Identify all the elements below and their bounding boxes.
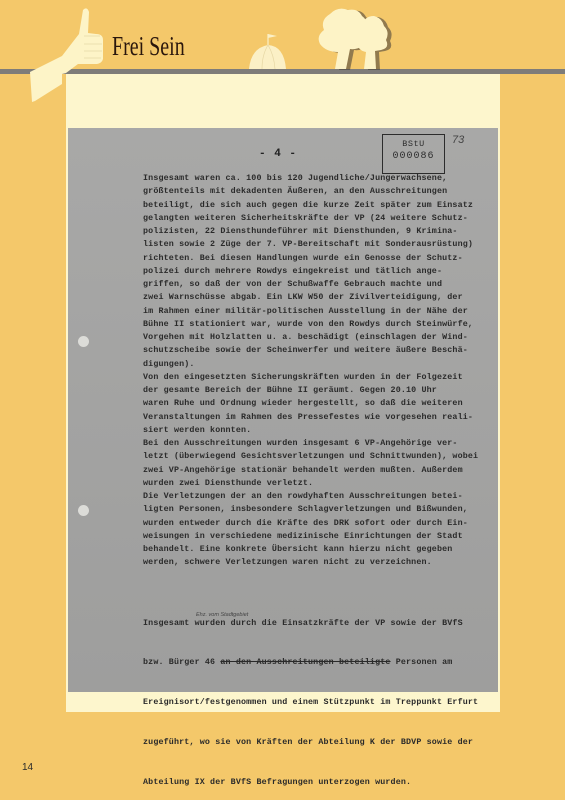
trees-icon — [319, 9, 392, 70]
text-line: Ereignisort/festgenommen und einem Stütz… — [143, 696, 503, 709]
text-line: waren Ruhe und Ordnung wieder hergestell… — [143, 397, 503, 410]
text-line: behandelt. Eine konkrete Übersicht kann … — [143, 543, 503, 556]
text-line: zwei VP-Angehörige stationär behandelt w… — [143, 464, 503, 477]
text-line: griffen, so daß der von der Schußwaffe G… — [143, 278, 503, 291]
stamp-number: 000086 — [383, 151, 444, 162]
text-line: der gesamte Bereich der Bühne II geräumt… — [143, 384, 503, 397]
text-line: siert werden konnten. — [143, 424, 503, 437]
archive-stamp: BStU 000086 — [382, 134, 445, 174]
text-line: listen sowie 2 Züge der 7. VP-Bereitscha… — [143, 238, 503, 251]
text-segment: bzw. Bürger 46 — [143, 657, 220, 667]
text-line: Von den eingesetzten Sicherungskräften w… — [143, 371, 503, 384]
tent-icon — [249, 34, 286, 69]
text-line: im Rahmen einer militär-politischen Auss… — [143, 305, 503, 318]
text-line: wurden zwei Diensthunde verletzt. — [143, 477, 503, 490]
text-line: schutzscheibe sowie der Scheinwerfer und… — [143, 344, 503, 357]
text-line: Die Verletzungen der an den rowdyhaften … — [143, 490, 503, 503]
text-line: Vorgehen mit Holzlatten u. a. beschädigt… — [143, 331, 503, 344]
page-number: 14 — [22, 762, 33, 773]
document-paragraph-1: Insgesamt waren ca. 100 bis 120 Jugendli… — [143, 172, 503, 570]
text-line: Insgesamt wurden durch die Einsatzkräfte… — [143, 617, 503, 630]
text-line: Bei den Ausschreitungen wurden insgesamt… — [143, 437, 503, 450]
text-line: bzw. Bürger 46 an den Ausschreitungen be… — [143, 656, 503, 669]
text-line: Veranstaltungen im Rahmen des Pressefest… — [143, 411, 503, 424]
text-line: polizei durch mehrere Rowdys eingekreist… — [143, 265, 503, 278]
struck-text: an den Ausschreitungen beteiligte — [220, 657, 390, 667]
text-line: Bühne II stationiert war, wurde von den … — [143, 318, 503, 331]
text-line: zwei Warnschüsse abgab. Ein LKW W50 der … — [143, 291, 503, 304]
punch-hole — [78, 336, 89, 347]
text-line: wurden entweder durch die Kräfte des DRK… — [143, 517, 503, 530]
text-line: Abteilung IX der BVfS Befragungen unterz… — [143, 776, 503, 789]
folio-number: 73 — [452, 134, 464, 146]
text-line: Insgesamt waren ca. 100 bis 120 Jugendli… — [143, 172, 503, 185]
text-segment: Personen am — [391, 657, 453, 667]
punch-hole — [78, 505, 89, 516]
text-line: zugeführt, wo sie von Kräften der Abteil… — [143, 736, 503, 749]
text-line: ligten Personen, insbesondere Schlagverl… — [143, 503, 503, 516]
text-line: gelangten weiteren Sicherheitskräfte der… — [143, 212, 503, 225]
text-line: werden, schwere Verletzungen waren nicht… — [143, 556, 503, 569]
text-line: digungen). — [143, 358, 503, 371]
stamp-agency: BStU — [383, 139, 444, 149]
page-title: Frei Sein — [112, 31, 185, 62]
text-line: letzt (überwiegend Gesichtsverletzungen … — [143, 450, 503, 463]
document-paragraph-2: Insgesamt wurden durch die Einsatzkräfte… — [143, 590, 503, 800]
handwritten-annotation: Ehz. vom Stadtgebiet — [196, 612, 248, 618]
text-line: weisungen in verschiedene medizinische E… — [143, 530, 503, 543]
document-page-marker: - 4 - — [259, 148, 297, 160]
text-line: beteiligt, die sich auch gegen die kurze… — [143, 199, 503, 212]
text-line: richteten. Bei diesen Handlungen wurde e… — [143, 252, 503, 265]
text-line: polizisten, 22 Diensthundeführer mit Die… — [143, 225, 503, 238]
text-line: größtenteils mit dekadenten Äußeren, an … — [143, 185, 503, 198]
